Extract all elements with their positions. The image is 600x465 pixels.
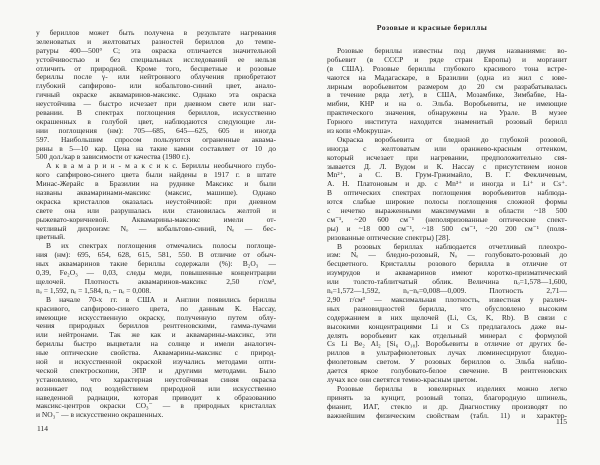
text-line: ризованные оптические спектры) [28].: [327, 234, 567, 243]
text-line: глубокий сапфирово- или кобальтово-синий…: [36, 82, 276, 91]
text-line: окрашенных в голубой цвет, наблюдаются с…: [36, 118, 276, 127]
text-line: окраска кристаллов оказалась неустойчиво…: [36, 198, 276, 207]
page-right-text-column: Розовые и красные бериллы Розовые берилл…: [327, 23, 567, 420]
text-line: А к в а м а р и н - м а к с и к с. Берил…: [36, 162, 276, 171]
text-line: зывается Д. Л. Вудом и К. Нассау с прису…: [327, 163, 567, 172]
text-line: ются слабые широкие полосы поглощения сл…: [327, 198, 567, 207]
text-line: риллов в ультрафиолетовых лучах люминесц…: [327, 349, 567, 358]
text-line: чаются на Мадагаскаре, в Бразилии (одна …: [327, 74, 567, 83]
text-line: наведенной радиации, которая приводит к …: [36, 394, 276, 403]
text-line: мибии, КНР и на о. Эльба. Воробьевиты, н…: [327, 100, 567, 109]
text-line: ры) и ~18 000 см⁻¹, ~18 500 см⁻¹, ~20 20…: [327, 225, 567, 234]
text-line: В розовых бериллах наблюдается отчетливы…: [327, 243, 567, 252]
text-line: возникает под воздействием природной или…: [36, 385, 276, 394]
book-spread: у бериллов может быть получена в результ…: [0, 0, 600, 465]
text-line: у бериллов может быть получена в результ…: [36, 29, 276, 38]
text-line: красивого, сапфирово-синего цвета, по да…: [36, 305, 276, 314]
text-line: устойчивостью и без специальных исследов…: [36, 56, 276, 65]
text-line: неустойчива — быстро исчезает при дневно…: [36, 100, 276, 109]
text-line: или толсто-таблитчатый облик. Величина n…: [327, 278, 567, 287]
text-line: ной и искусственной окраской изучались м…: [36, 358, 276, 367]
text-line: содержанием в них щелочей (Li, Cs, K, Rb…: [327, 314, 567, 323]
text-line: иногда с желтоватым или оранжево-красным…: [327, 145, 567, 154]
text-line: А. Н. Платоновым и др. с Mn³⁺ и иногда и…: [327, 180, 567, 189]
text-line: или нейтронами. Так же как и аквамарины-…: [36, 331, 276, 340]
text-line: который исчезает при нагревании, предпол…: [327, 154, 567, 163]
text-line: и NO₃⁻ — в искусственно окрашенных.: [36, 411, 276, 420]
text-line: отличить от природной. Кроме того, бесцв…: [36, 65, 276, 74]
text-line: кого сапфирово-синего цвета были найдены…: [36, 171, 276, 180]
text-line: В оптических спектрах поглощения воробье…: [327, 189, 567, 198]
text-line: В начале 70-х гг. в США и Англии появили…: [36, 296, 276, 305]
text-line: максикс-центров окраски CO₃⁻ — в природн…: [36, 402, 276, 411]
text-line: фиолетовым светом. У розовых бериллов о.…: [327, 358, 567, 367]
text-line: высокими концентрациями Li и Cs предлага…: [327, 323, 567, 332]
text-line: робьевит (в СССР и ряде стран Европы) и …: [327, 56, 567, 65]
text-line: названы аквамаринами-максикс (максис, ма…: [36, 189, 276, 198]
page-number-right: 115: [327, 417, 567, 426]
text-line: из копи «Мокруша».: [327, 127, 567, 136]
text-line: бериллы после γ- или нейтронного облучен…: [36, 73, 276, 82]
text-line: 597. Наибольшим спросом пользуются огран…: [36, 136, 276, 145]
text-line: принять за кунцит, розовый топаз, благор…: [327, 394, 567, 403]
text-line: дается яркое голубовато-белое свечение. …: [327, 367, 567, 376]
page-right-body: Розовые бериллы известны под двумя назва…: [327, 47, 567, 420]
text-line: изм: Nₑ — бледно-розовый, Nₒ — голубоват…: [327, 251, 567, 260]
page-number-left: 114: [37, 424, 48, 433]
text-line: 500 дол./кар в зависимости от качества (…: [36, 153, 276, 162]
text-line: Cs Li Be₂ Al₂ [Si₆ O₁₈]. Воробьевиты в о…: [327, 340, 567, 349]
text-line: ревании. В спектрах поглощения бериллов,…: [36, 109, 276, 118]
text-line: свете она или разрушалась или становилас…: [36, 207, 276, 216]
text-line: Минас-Жерайс в Бразилии на руднике Макси…: [36, 180, 276, 189]
text-line: делять воробьевит как отдельный минерал …: [327, 332, 567, 341]
text-line: nₑ=1,572—1,592, nₒ−nₑ=0,008—0,009. Плотн…: [327, 287, 567, 296]
text-line: лучах все они светятся темно-красным цве…: [327, 376, 567, 385]
text-line: Окраска воробьевита от бледной до глубок…: [327, 136, 567, 145]
text-line: установлено, что характерная неустойчива…: [36, 376, 276, 385]
text-line: рины в 5—10 кар. Цена на такие камни сос…: [36, 145, 276, 154]
text-line: ния (нм): 695, 654, 628, 615, 581, 550. …: [36, 251, 276, 260]
text-line: бериллы быстро выцветали на солнце и име…: [36, 340, 276, 349]
text-line: ные оптические свойства. Аквамарины-макс…: [36, 349, 276, 358]
text-line: фианит, ИАГ, стекло и др. Диагностику пр…: [327, 403, 567, 412]
text-line: ных аквамаринов такие бериллы содержали …: [36, 260, 276, 269]
text-line: чения природных бериллов рентгеновскими,…: [36, 322, 276, 331]
text-line: (в США). Розовые бериллы глубокого краси…: [327, 65, 567, 74]
text-line: имеющие искусственную окраску, полученну…: [36, 314, 276, 323]
text-line: цветный.: [36, 233, 276, 242]
text-line: бесцветного. Кристаллы розового берилла …: [327, 260, 567, 269]
text-line: четливый дихроизм: Nₒ — кобальтово-синий…: [36, 225, 276, 234]
text-line: 2,90 г/см³ — максимальная плотность, изв…: [327, 296, 567, 305]
text-line: nₒ = 1,592, nₑ = 1,584, nₒ − nₑ = 0,008.: [36, 287, 276, 296]
text-line: 0,39, Fe₂O₃ — 0,03, следы меди, повышенн…: [36, 269, 276, 278]
text-line: щелочей. Плотность аквамаринов-максикс 2…: [36, 278, 276, 287]
section-heading: Розовые и красные бериллы: [327, 23, 567, 32]
text-line: нии поглощения (нм): 705—685, 645—625, 6…: [36, 127, 276, 136]
text-line: ных разновидностей берилла, что обусловл…: [327, 305, 567, 314]
text-line: ратуры 400—500° С; эта окраска отличаетс…: [36, 47, 276, 56]
text-line: в течение ряда лет), в США, Мозамбике, З…: [327, 91, 567, 100]
text-line: Розовые бериллы известны под двумя назва…: [327, 47, 567, 56]
text-line: с нечетко выраженными максимумами в обла…: [327, 207, 567, 216]
text-line: зеленоватых и желтоватых разностей берил…: [36, 38, 276, 47]
text-line: изумрудов и аквамаринов имеют коротко-пр…: [327, 269, 567, 278]
text-line: ческой спектроскопии, ЭПР и другими мето…: [36, 367, 276, 376]
text-line: рыжевато-коричневой. Аквамарины-максикс …: [36, 216, 276, 225]
text-line: Горного института находится знаменитый р…: [327, 118, 567, 127]
text-line: см⁻¹, ~20 600 см⁻¹ (неполяризованные опт…: [327, 216, 567, 225]
page-left-text-column: у бериллов может быть получена в результ…: [36, 29, 276, 420]
text-line: Mn²⁺, а С. В. Грум-Гржимайло, В. Г. Фекл…: [327, 171, 567, 180]
text-line: В их спектрах поглощения отмечались поло…: [36, 242, 276, 251]
text-line: Розовые бериллы в ювелирных изделиях мож…: [327, 385, 567, 394]
text-line: лирным воробьевитом размером до 20 см ра…: [327, 83, 567, 92]
text-line: практического значения, обнаружены на Ур…: [327, 109, 567, 118]
text-line: гичный окраске аквамаринов-максикс. Одна…: [36, 91, 276, 100]
